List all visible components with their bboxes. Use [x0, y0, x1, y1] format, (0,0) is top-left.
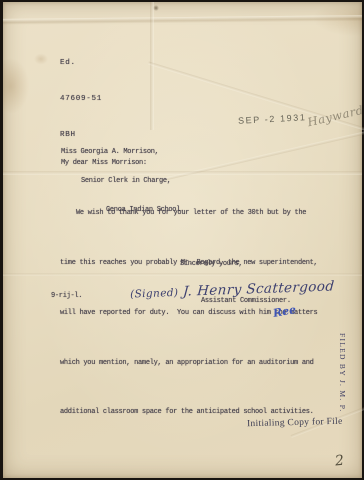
file-copy-stamp: Initialing Copy for File — [247, 417, 343, 429]
pencil-annotation: Hayward — [306, 103, 364, 129]
crease-line — [150, 2, 154, 130]
reference-line: Ed. — [60, 57, 102, 69]
salutation: My dear Miss Morrison: — [61, 159, 147, 167]
paper-sheet: Ed. 47609-51 RBH SEP -2 1931 Hayward Mis… — [3, 2, 362, 478]
typist-reference-code: 9-rij-l. — [51, 292, 82, 300]
reference-line: 47609-51 — [60, 93, 102, 105]
crease-line — [148, 62, 364, 138]
crease-line — [3, 15, 362, 25]
recipient-name: Miss Georgia A. Morrison, — [61, 148, 184, 158]
body-line: We wish to thank you for your letter of … — [60, 205, 322, 222]
signer-title: Assistant Commissioner. — [201, 297, 291, 305]
body-line: which you mention, namely, an appropriat… — [60, 355, 322, 372]
received-date-stamp: SEP -2 1931 — [238, 112, 307, 126]
filed-by-stamp: FILED BY J. M. P. — [338, 333, 347, 413]
scanned-letter-page: Ed. 47609-51 RBH SEP -2 1931 Hayward Mis… — [0, 0, 364, 480]
page-number: 2 — [334, 453, 345, 470]
closing-phrase: Sincerely yours, — [180, 260, 242, 268]
signed-prefix: (Signed) — [130, 287, 179, 301]
